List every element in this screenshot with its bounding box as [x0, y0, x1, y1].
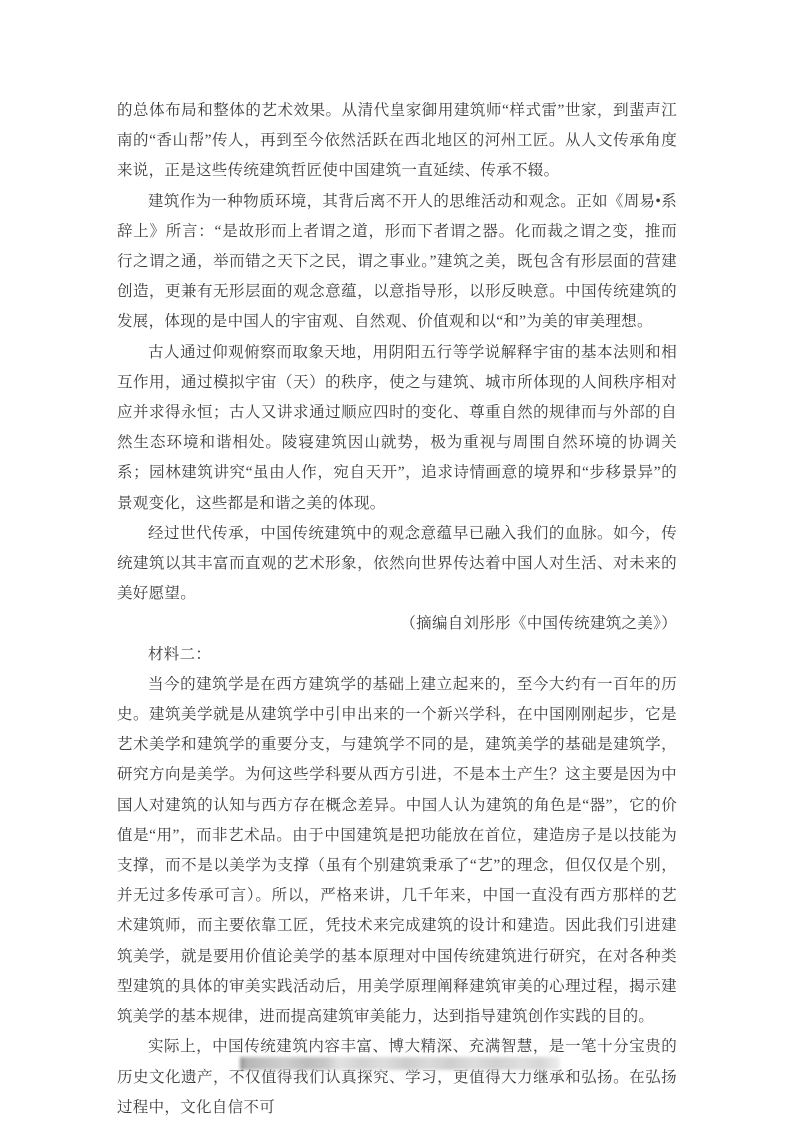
material2-heading: 材料二：: [117, 640, 677, 670]
blurred-watermark-strip: [240, 1057, 560, 1070]
material1-continuation-paragraph: 的总体布局和整体的艺术效果。从清代皇家御用建筑师“样式雷”世家，到蜚声江南的“香…: [117, 96, 677, 187]
material2-paragraph-2: 实际上，中国传统建筑内容丰富、博大精深、充满智慧，是一笔十分宝贵的历史文化遗产，…: [117, 1032, 677, 1122]
material2-paragraph-1: 当今的建筑学是在西方建筑学的基础上建立起来的，至今大约有一百年的历史。建筑美学就…: [117, 670, 677, 1032]
material1-attribution: （摘编自刘彤彤《中国传统建筑之美》）: [117, 609, 677, 639]
document-page: 的总体布局和整体的艺术效果。从清代皇家御用建筑师“样式雷”世家，到蜚声江南的“香…: [0, 0, 793, 1122]
material1-paragraph-2: 建筑作为一种物质环境，其背后离不开人的思维活动和观念。正如《周易•系辞上》所言：…: [117, 187, 677, 338]
document-content: 的总体布局和整体的艺术效果。从清代皇家御用建筑师“样式雷”世家，到蜚声江南的“香…: [117, 96, 677, 1122]
material1-paragraph-4: 经过世代传承，中国传统建筑中的观念意蕴早已融入我们的血脉。如今，传统建筑以其丰富…: [117, 519, 677, 610]
material1-paragraph-3: 古人通过仰观俯察而取象天地，用阴阳五行等学说解释宇宙的基本法则和相互作用，通过模…: [117, 338, 677, 519]
